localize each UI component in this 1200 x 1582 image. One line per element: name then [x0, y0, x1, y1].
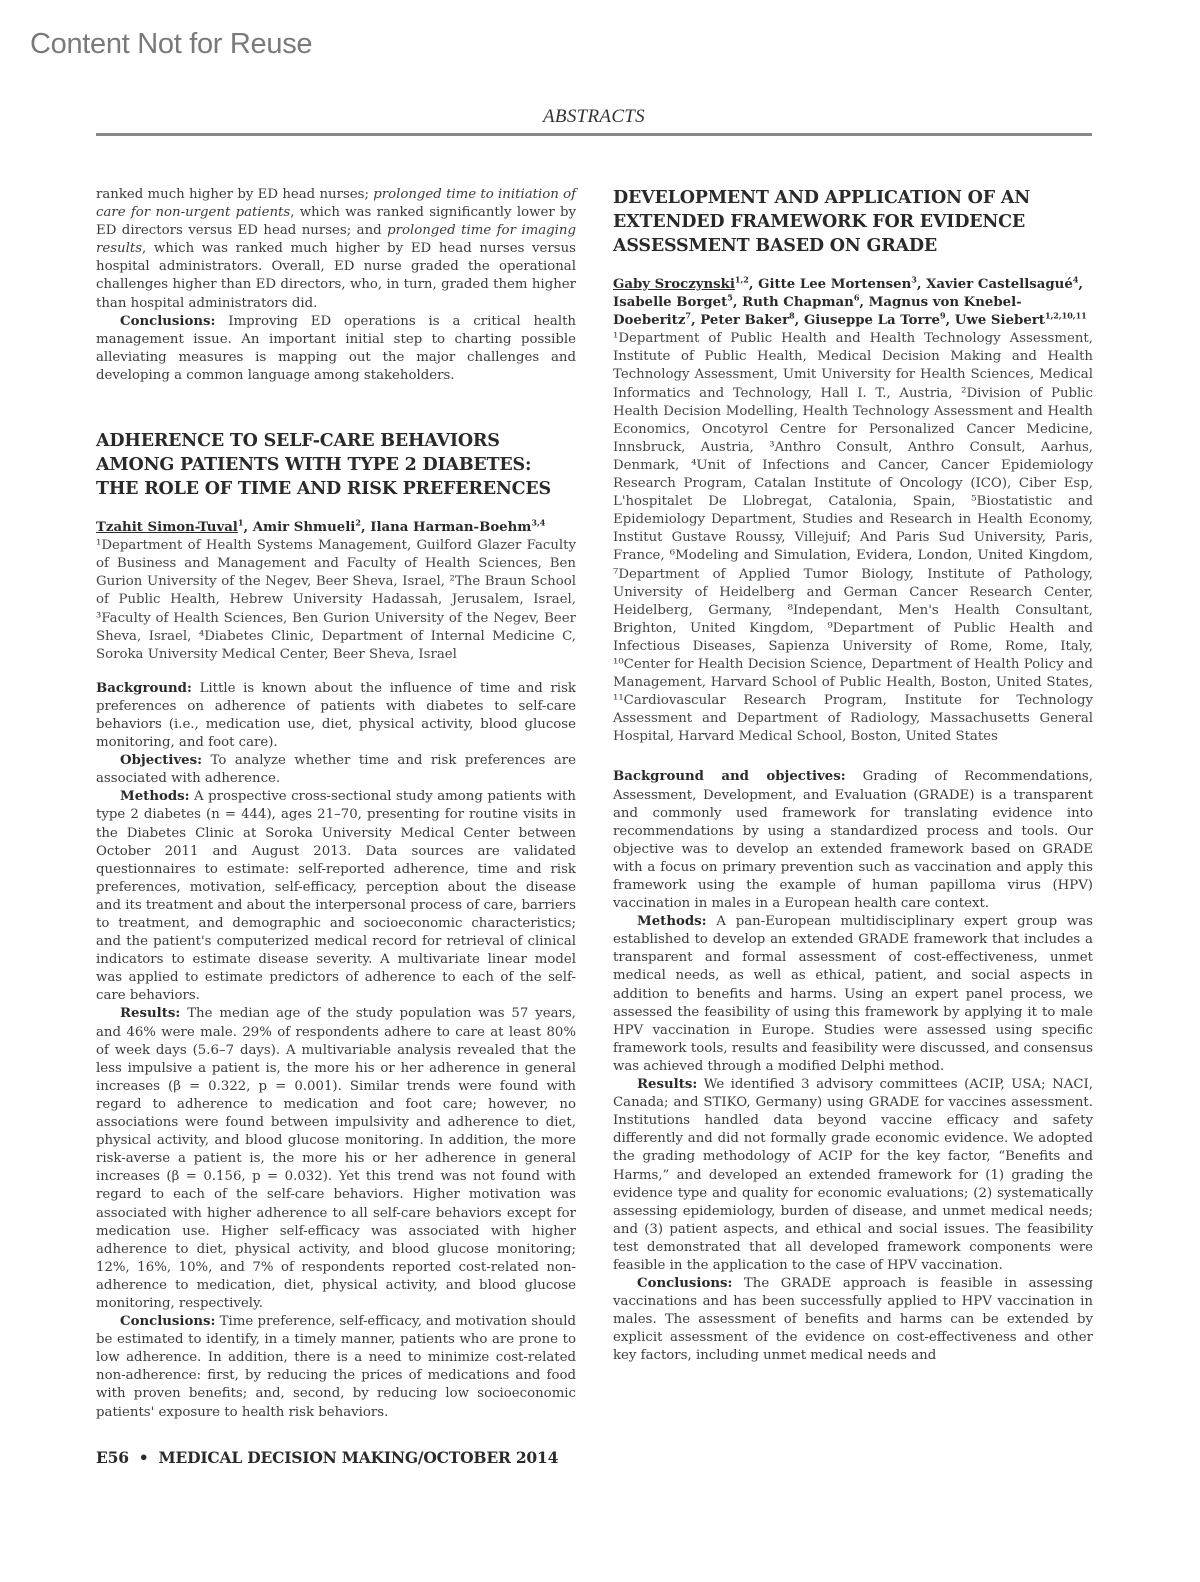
continued-conclusions: Conclusions: Improving ED operations is …	[96, 313, 576, 385]
abstract-title-grade: DEVELOPMENT AND APPLICATION OF AN EXTEND…	[613, 186, 1093, 258]
section-conclusions: Conclusions: The GRADE approach is feasi…	[613, 1275, 1093, 1365]
affiliations: ¹Department of Public Health and Health …	[613, 330, 1093, 746]
section-methods: Methods: A pan-European multidisciplinar…	[613, 913, 1093, 1076]
section-methods: Methods: A prospective cross-sectional s…	[96, 788, 576, 1005]
running-head: ABSTRACTS	[96, 106, 1092, 128]
page-number: E56	[96, 1448, 129, 1467]
section-background: Background: Little is known about the in…	[96, 680, 576, 752]
author-list: Gaby Sroczynski1,2, Gitte Lee Mortensen3…	[613, 276, 1093, 330]
abstract-title-adherence: ADHERENCE TO SELF-CARE BEHAVIORS AMONG P…	[96, 429, 576, 501]
header-rule	[96, 133, 1092, 136]
right-column: DEVELOPMENT AND APPLICATION OF AN EXTEND…	[613, 186, 1093, 1366]
section-results: Results: We identified 3 advisory commit…	[613, 1076, 1093, 1275]
section-results: Results: The median age of the study pop…	[96, 1005, 576, 1313]
section-objectives: Objectives: To analyze whether time and …	[96, 752, 576, 788]
author-list: Tzahit Simon-Tuval1, Amir Shmueli2, Ilan…	[96, 519, 576, 537]
journal-issue: MEDICAL DECISION MAKING/OCTOBER 2014	[159, 1448, 559, 1467]
page-footer: E56•MEDICAL DECISION MAKING/OCTOBER 2014	[96, 1448, 558, 1467]
continued-paragraph: ranked much higher by ED head nurses; pr…	[96, 186, 576, 313]
watermark: Content Not for Reuse	[30, 28, 312, 61]
affiliations: ¹Department of Health Systems Management…	[96, 537, 576, 664]
bullet-separator: •	[139, 1448, 149, 1467]
left-column: ranked much higher by ED head nurses; pr…	[96, 186, 576, 1422]
section-conclusions: Conclusions: Time preference, self-effic…	[96, 1313, 576, 1422]
section-background-objectives: Background and objectives: Grading of Re…	[613, 768, 1093, 913]
